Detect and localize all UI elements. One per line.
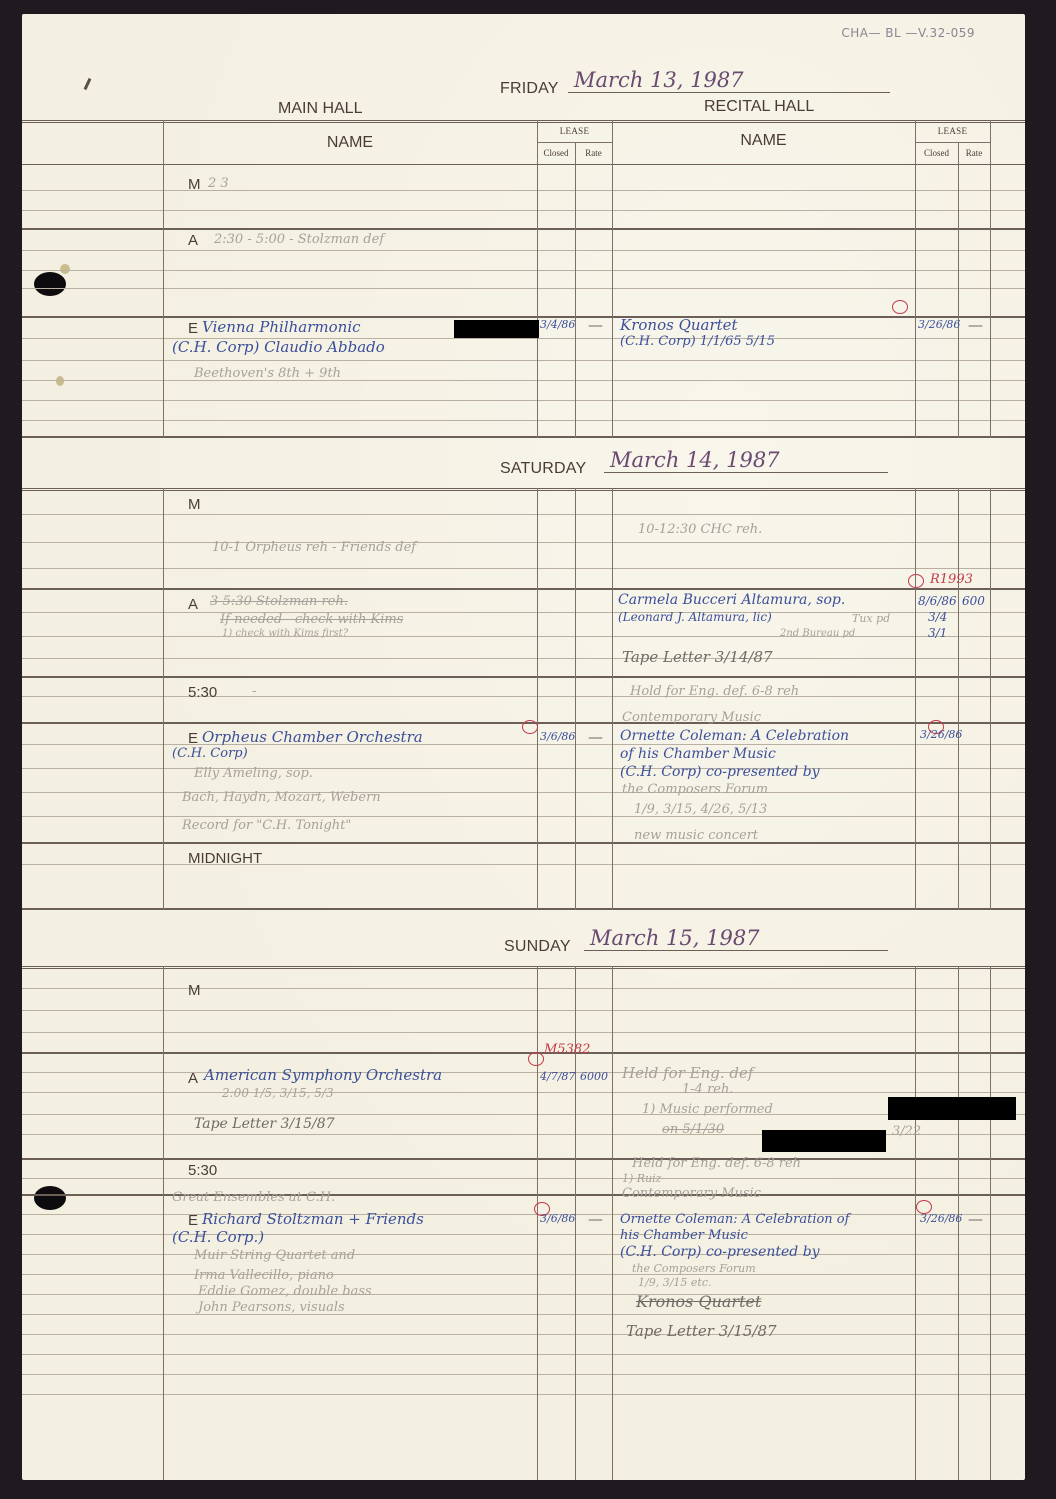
calendar-sheet: CHA— BL —V.32-059 FRIDAY March 13, 1987 …: [22, 14, 1025, 1480]
booking-artist: Muir String Quartet and: [194, 1248, 355, 1263]
tape-letter-note: Tape Letter 3/14/87: [622, 648, 773, 666]
day-header-saturday: SATURDAY March 14, 1987: [22, 452, 1025, 476]
hold-note: Held for Eng. def. 6-8 reh: [632, 1156, 801, 1171]
redaction-bar: [888, 1097, 1016, 1120]
closed-column-header: Closed: [537, 148, 575, 158]
struck-note: 3-5:30 Stolzman reh.: [210, 594, 348, 609]
booking-detail: (C.H. Corp.): [172, 1228, 264, 1246]
pencil-note: 1/9, 3/15 etc.: [638, 1276, 711, 1289]
booking-name: Kronos Quartet: [620, 316, 738, 334]
lease-rate: 6000: [580, 1070, 608, 1083]
pencil-note: the Composers Forum: [622, 782, 768, 797]
booking-detail: of his Chamber Music: [620, 746, 776, 762]
main-hall-label: MAIN HALL: [278, 100, 362, 118]
struck-note: If needed - check with Kims: [220, 612, 403, 627]
booking-artist: Eddie Gomez, double bass: [198, 1284, 372, 1299]
day-label: FRIDAY: [500, 80, 559, 98]
booking-name: Orpheus Chamber Orchestra: [202, 728, 423, 746]
rate-column-header: Rate: [575, 148, 612, 158]
slot-evening: E: [188, 320, 198, 337]
struck-note: Kronos Quartet: [636, 1292, 761, 1311]
hold-note: Hold for Eng. def. 6-8 reh: [630, 684, 799, 699]
day-date: March 15, 1987: [584, 926, 888, 951]
circled-mark: [522, 720, 538, 734]
slot-evening: E: [188, 730, 198, 747]
day-date: March 14, 1987: [604, 448, 888, 473]
day-header-friday: FRIDAY March 13, 1987: [22, 72, 1025, 96]
booking-artist: Irma Vallecillo, piano: [194, 1268, 334, 1283]
lease-closed-date: 3/4/86: [540, 318, 575, 331]
booking-name: Carmela Bucceri Altamura, sop.: [618, 592, 845, 608]
pencil-note: 1/9, 3/15, 4/26, 5/13: [634, 802, 767, 817]
saturday-grid: M 10-1 Orpheus reh - Friends def 10-12:3…: [22, 488, 1025, 910]
closed-column-header: Closed: [915, 148, 958, 158]
name-column-header: NAME: [163, 134, 537, 152]
recital-hall-label: RECITAL HALL: [704, 98, 814, 116]
day-date: March 13, 1987: [568, 68, 890, 93]
friday-grid: NAME LEASE Closed Rate NAME LEASE Closed…: [22, 120, 1025, 438]
slot-afternoon: A: [188, 1070, 198, 1087]
slot-evening: E: [188, 1212, 198, 1229]
friday-main-afternoon-note: 2:30 - 5:00 - Stolzman def: [214, 232, 384, 247]
pencil-note: Contemporary Music: [622, 1186, 761, 1201]
booking-detail: (Leonard J. Altamura, lic): [618, 610, 772, 624]
pencil-note: Tux pd: [852, 612, 890, 625]
pencil-note: 2:00 1/5, 3/15, 5/3: [222, 1086, 334, 1100]
reference-number: R1993: [930, 572, 973, 587]
booking-name: Ornette Coleman: A Celebration: [620, 728, 849, 744]
saturday-main-morning-note: 10-1 Orpheus reh - Friends def: [212, 540, 416, 555]
slot-five-thirty: 5:30: [188, 1162, 217, 1179]
pencil-note: 1) check with Kims first?: [222, 628, 348, 639]
hold-note: Held for Eng. def: [622, 1064, 753, 1082]
booking-detail: (C.H. Corp) co-presented by: [620, 764, 820, 780]
slot-midnight: MIDNIGHT: [188, 850, 262, 867]
circled-mark: [892, 300, 908, 314]
lease-rate: —: [968, 1210, 983, 1228]
slot-morning: M: [188, 496, 201, 513]
pencil-note: Contemporary Music: [622, 710, 761, 725]
booking-name: Vienna Philharmonic: [202, 318, 361, 336]
slot-morning: M: [188, 982, 201, 999]
lease-rate: —: [588, 1210, 603, 1228]
lease-column-header: LEASE: [915, 126, 990, 136]
lease-closed-date: 3/26/86: [918, 318, 960, 331]
document-id-stamp: CHA— BL —V.32-059: [841, 26, 975, 40]
lease-closed-date: 4/7/87: [540, 1070, 575, 1083]
lease-closed-date: 8/6/86: [918, 594, 957, 608]
booking-detail: (C.H. Corp) co-presented by: [620, 1244, 820, 1260]
lease-column-header: LEASE: [537, 126, 612, 136]
lease-rate: —: [588, 728, 603, 746]
sunday-grid: M M5382 A American Symphony Orchestra 2:…: [22, 966, 1025, 1480]
pencil-note: 1) Ruiz: [622, 1172, 661, 1185]
lease-closed-date: 3/6/86: [540, 730, 575, 743]
friday-main-morning-note: 2 3: [208, 176, 229, 191]
lease-closed-date: 3/26/86: [920, 728, 962, 741]
booking-artist: John Pearsons, visuals: [198, 1300, 345, 1315]
series-note: Great Ensembles at C.H.: [172, 1190, 335, 1205]
lease-rate: —: [968, 316, 983, 334]
lease-closed-date: 3/26/86: [920, 1212, 962, 1225]
day-label: SUNDAY: [504, 938, 571, 956]
booking-detail: (C.H. Corp): [172, 746, 248, 761]
slot-five-thirty: 5:30: [188, 684, 217, 701]
redaction-bar: [762, 1130, 886, 1152]
lease-closed-extra: 3/4: [928, 610, 947, 624]
slot-afternoon: A: [188, 232, 198, 249]
lease-rate: 600: [962, 594, 985, 608]
reference-number: M5382: [544, 1042, 590, 1057]
booking-detail: his Chamber Music: [620, 1228, 748, 1243]
lease-closed-date: 3/6/86: [540, 1212, 575, 1225]
booking-program: Beethoven's 8th + 9th: [194, 366, 341, 381]
lease-rate: —: [588, 316, 603, 334]
slot-morning: M: [188, 176, 201, 193]
rate-column-header: Rate: [958, 148, 990, 158]
day-label: SATURDAY: [500, 460, 586, 478]
redaction-bar: [454, 320, 539, 338]
circled-mark: [908, 574, 924, 588]
tape-letter-note: Tape Letter 3/15/87: [626, 1322, 777, 1340]
booking-detail: (C.H. Corp) Claudio Abbado: [172, 338, 385, 356]
saturday-recital-morning-note: 10-12:30 CHC reh.: [638, 522, 762, 537]
booking-note: Record for "C.H. Tonight": [182, 818, 351, 833]
pencil-note: the Composers Forum: [632, 1262, 756, 1275]
booking-artist: Elly Ameling, sop.: [194, 766, 313, 781]
pencil-note: 1-4 reh.: [682, 1082, 733, 1097]
lease-closed-extra: 3/1: [928, 626, 947, 640]
circled-mark: [528, 1052, 544, 1066]
day-header-sunday: SUNDAY March 15, 1987: [22, 932, 1025, 956]
booking-detail: (C.H. Corp) 1/1/65 5/15: [620, 334, 775, 349]
booking-name: American Symphony Orchestra: [204, 1066, 442, 1084]
pencil-note: 2nd Bureau pd: [780, 628, 855, 639]
tape-letter-note: Tape Letter 3/15/87: [194, 1116, 335, 1132]
pencil-note: 1) Music performed: [642, 1102, 773, 1117]
slot-afternoon: A: [188, 596, 198, 613]
booking-program: Bach, Haydn, Mozart, Webern: [182, 790, 381, 805]
struck-note: on 5/1/30: [662, 1122, 724, 1137]
pencil-note: -: [252, 684, 256, 699]
booking-name: Ornette Coleman: A Celebration of: [620, 1212, 849, 1227]
name-column-header: NAME: [612, 132, 915, 150]
booking-name: Richard Stoltzman + Friends: [202, 1210, 424, 1228]
pencil-note: 3/22: [892, 1124, 921, 1139]
pencil-note: new music concert: [634, 828, 758, 843]
